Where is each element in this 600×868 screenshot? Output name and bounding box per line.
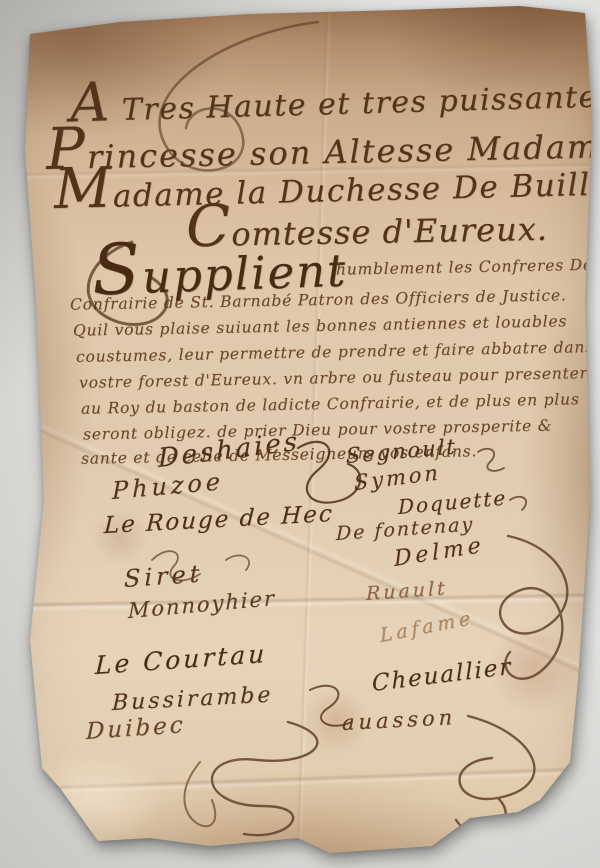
signature: Phuzoe (112, 467, 224, 505)
signature: Cheuallier (372, 654, 513, 697)
body-line: coustumes, leur permettre de prendre et … (76, 338, 594, 366)
flourish (456, 716, 534, 834)
signature: Siret (124, 559, 203, 593)
body-line: au Roy du baston de ladicte Confrairie, … (81, 390, 580, 418)
signature: Duibec (86, 712, 186, 745)
manuscript-paper: A Tres Haute et tres puissante Princesse… (0, 0, 600, 868)
signature: Le Courtau (94, 639, 267, 680)
signature: Bussirambe (112, 683, 274, 717)
photo-backdrop: A Tres Haute et tres puissante Princesse… (0, 0, 600, 868)
paper-shadow-wrap: A Tres Haute et tres puissante Princesse… (0, 0, 600, 868)
flourish (212, 722, 317, 835)
signature: Ruault (366, 577, 448, 605)
body-line: humblement les Confreres De La (336, 255, 600, 278)
flourish (184, 762, 215, 826)
signature: Lafame (379, 607, 475, 647)
body-line: vostre forest d'Eureux. vn arbre ou fust… (79, 364, 588, 392)
signature: Le Rouge de Hec (103, 501, 334, 539)
signature: auasson (342, 705, 456, 735)
signature: Monnoyhier (128, 586, 276, 623)
body-line: seront obligez. de prier Dieu pour vostr… (83, 416, 553, 443)
body-line: Quil vous plaise suiuant les bonnes anti… (73, 312, 567, 339)
